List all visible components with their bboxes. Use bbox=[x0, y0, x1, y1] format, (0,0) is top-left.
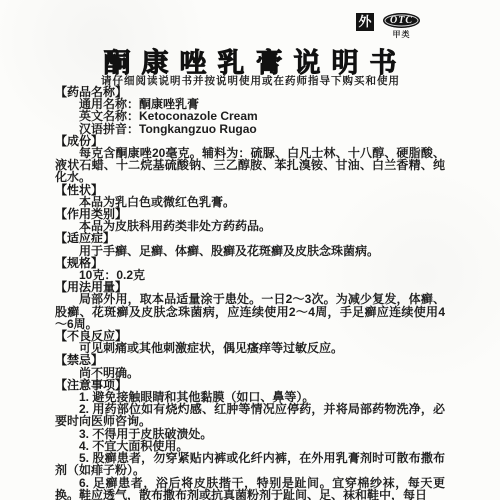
section-header-description: 【性状】 bbox=[55, 184, 445, 196]
precaution-item-6: 6. 足癣患者，浴后将皮肤揩干，特别是趾间。宜穿棉纱袜，每天更换。鞋应透气，散布… bbox=[55, 477, 445, 500]
otc-logo: OTC bbox=[383, 13, 420, 28]
drug-english-name: 英文名称：Ketoconazole Cream bbox=[55, 110, 445, 122]
external-use-mark: 外 bbox=[356, 13, 374, 31]
precaution-item-5: 5. 股癣患者，勿穿紧贴内裤或化纤内裤，在外用乳膏剂时可散布撒布剂（如痱子粉）。 bbox=[55, 452, 445, 476]
otc-badges: 外 OTC 甲类 bbox=[356, 13, 420, 40]
leaflet-body: 【药品名称】 通用名称：酮康唑乳膏 英文名称：Ketoconazole Crea… bbox=[55, 86, 445, 500]
leaflet-page: 外 OTC 甲类 酮康唑乳膏说明书 请仔细阅读说明书并按说明使用或在药师指导下购… bbox=[0, 0, 500, 500]
otc-mark-group: OTC 甲类 bbox=[383, 13, 420, 40]
drug-pinyin-name: 汉语拼音：Tongkangzuo Rugao bbox=[55, 123, 445, 135]
indications-text: 用于手癣、足癣、体癣、股癣及花斑癣及皮肤念珠菌病。 bbox=[55, 245, 445, 257]
dosage-text: 局部外用，取本品适量涂于患处。一日2～3次。为减少复发，体癣、股癣、花斑癣及皮肤… bbox=[55, 293, 445, 330]
section-header-contraindications: 【禁忌】 bbox=[55, 354, 445, 366]
adverse-reactions-text: 可见刺痛或其他刺激症状，偶见瘙痒等过敏反应。 bbox=[55, 342, 445, 354]
section-header-indications: 【适应症】 bbox=[55, 232, 445, 244]
precaution-item-2: 2. 用药部位如有烧灼感、红肿等情况应停药，并将局部药物洗净，必要时向医师咨询。 bbox=[55, 403, 445, 427]
otc-class-label: 甲类 bbox=[383, 29, 420, 40]
composition-text: 每克含酮康唑20毫克。辅料为：硫脲、白凡士林、十八醇、硬脂酸、液状石蜡、十二烷基… bbox=[55, 147, 445, 184]
